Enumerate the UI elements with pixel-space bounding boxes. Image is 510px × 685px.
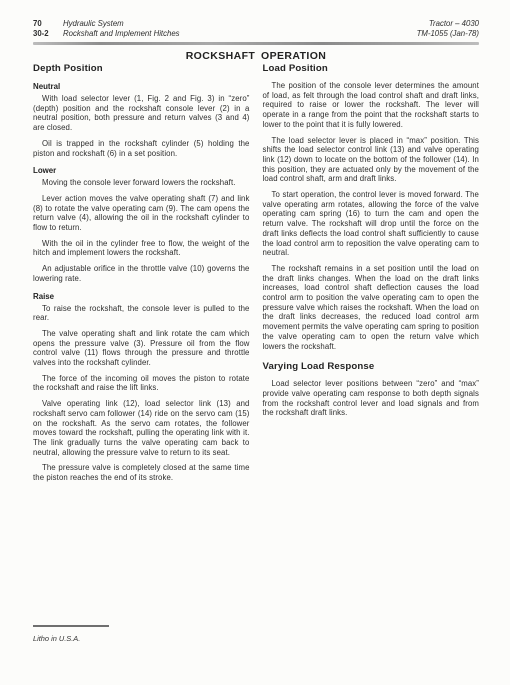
footer-rule <box>33 625 109 627</box>
manual-number: TM-1055 (Jan-78) <box>417 29 479 39</box>
header-left: 70Hydraulic System 30-2Rockshaft and Imp… <box>33 19 180 39</box>
paragraph: The position of the console lever determ… <box>263 81 480 130</box>
paragraph: The pressure valve is completely closed … <box>33 463 250 482</box>
paragraph: With the oil in the cylinder free to flo… <box>33 239 250 258</box>
tractor-model: Tractor – 4030 <box>417 19 479 29</box>
paragraph: An adjustable orifice in the throttle va… <box>33 264 250 283</box>
subsection-heading: Neutral <box>33 82 250 91</box>
paragraph: To start operation, the control lever is… <box>263 190 480 258</box>
manual-page: 70Hydraulic System 30-2Rockshaft and Imp… <box>0 0 510 685</box>
page-number-section: 70 <box>33 19 63 29</box>
paragraph: With load selector lever (1, Fig. 2 and … <box>33 94 250 133</box>
page-footer: Litho in U.S.A. <box>33 625 109 646</box>
section-heading: Load Position <box>263 63 480 74</box>
paragraph: The valve operating shaft and link rotat… <box>33 329 250 368</box>
paragraph: Moving the console lever forward lowers … <box>33 178 250 188</box>
section-heading: Depth Position <box>33 63 250 74</box>
header-rule <box>33 42 479 45</box>
subsection-heading: Lower <box>33 166 250 175</box>
paragraph: Load selector lever positions between “z… <box>263 379 480 418</box>
header-row-section: 70Hydraulic System <box>33 19 180 29</box>
page-header: 70Hydraulic System 30-2Rockshaft and Imp… <box>33 19 479 62</box>
paragraph: To raise the rockshaft, the console leve… <box>33 304 250 323</box>
section-name: Hydraulic System <box>63 19 124 28</box>
header-row-chapter: 30-2Rockshaft and Implement Hitches <box>33 29 180 39</box>
right-column: Load Position The position of the consol… <box>263 63 480 489</box>
content-columns: Depth Position Neutral With load selecto… <box>33 63 479 489</box>
header-rows: 70Hydraulic System 30-2Rockshaft and Imp… <box>33 19 479 39</box>
paragraph: Lever action moves the valve operating s… <box>33 194 250 233</box>
chapter-name: Rockshaft and Implement Hitches <box>63 29 180 38</box>
litho-note: Litho in U.S.A. <box>33 634 80 643</box>
paragraph: The force of the incoming oil moves the … <box>33 374 250 393</box>
section-heading: Varying Load Response <box>263 361 480 372</box>
header-right: Tractor – 4030 TM-1055 (Jan-78) <box>417 19 479 39</box>
paragraph: Valve operating link (12), load selector… <box>33 399 250 457</box>
page-title: ROCKSHAFT OPERATION <box>33 50 479 62</box>
paragraph: The load selector lever is placed in “ma… <box>263 136 480 185</box>
paragraph: The rockshaft remains in a set position … <box>263 264 480 351</box>
left-column: Depth Position Neutral With load selecto… <box>33 63 250 489</box>
paragraph: Oil is trapped in the rockshaft cylinder… <box>33 139 250 158</box>
subsection-heading: Raise <box>33 292 250 301</box>
page-number-chapter: 30-2 <box>33 29 63 39</box>
